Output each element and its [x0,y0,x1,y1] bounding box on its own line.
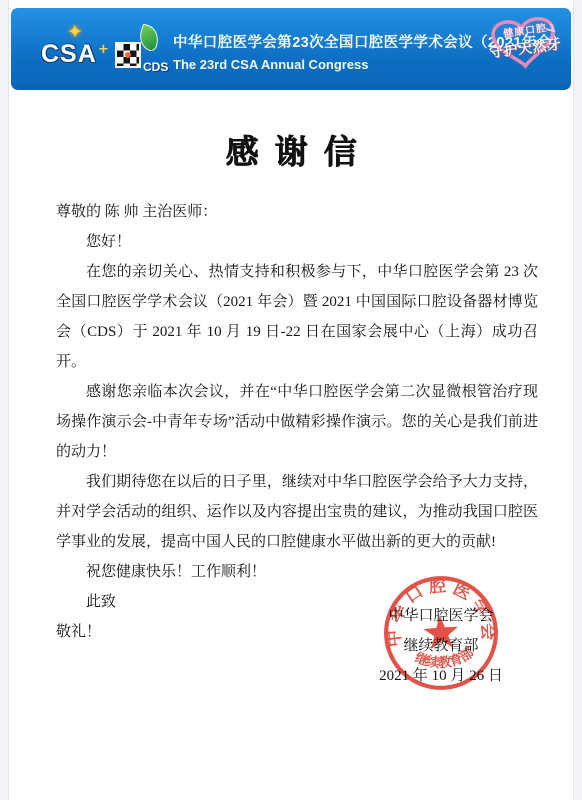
svg-text:继续教育部: 继续教育部 [411,643,478,673]
slogan-logo: 健康口腔 守护天然牙 [481,12,567,76]
paragraph-2: 感谢您亲临本次会议，并在“中华口腔医学会第二次显微根管治疗现场操作演示会-中青年… [56,377,538,467]
congress-title-en: The 23rd CSA Annual Congress [173,57,493,72]
banner-titles: 中华口腔医学会第23次全国口腔医学学术会议（2021年会） The 23rd C… [173,31,493,72]
congress-title-cn: 中华口腔医学会第23次全国口腔医学学术会议（2021年会） [173,31,493,52]
cds-logo-text: CDS [143,60,168,74]
checker-dot-icon [125,52,131,58]
official-seal-stamp: 中华口腔医学会 继续教育部 [378,570,504,696]
red-star-icon [423,614,460,649]
congress-banner: ✦ CSA + CDS 中华口腔医学会第23次全国口腔医学学术会议（2021年会… [11,8,571,90]
salutation: 尊敬的 陈 帅 主治医师： [56,197,538,227]
letter-title: 感谢信 [9,126,573,173]
seal-bottom-text: 继续教育部 [411,643,478,673]
paragraph-1: 在您的亲切关心、热情支持和积极参与下，中华口腔医学会第 23 次全国口腔医学学术… [56,257,538,377]
paragraph-3: 我们期待您在以后的日子里，继续对中华口腔医学会给予大力支持，并对学会活动的组织、… [56,467,538,557]
csa-plus-icon: + [98,42,109,57]
greeting: 您好！ [56,227,538,257]
cds-logo: CDS [113,28,171,78]
csa-logo-text: CSA [41,40,97,69]
letter-page: ✦ CSA + CDS 中华口腔医学会第23次全国口腔医学学术会议（2021年会… [8,0,574,800]
banner-logos: ✦ CSA + CDS [41,22,171,80]
csa-logo: ✦ CSA + [41,28,107,76]
